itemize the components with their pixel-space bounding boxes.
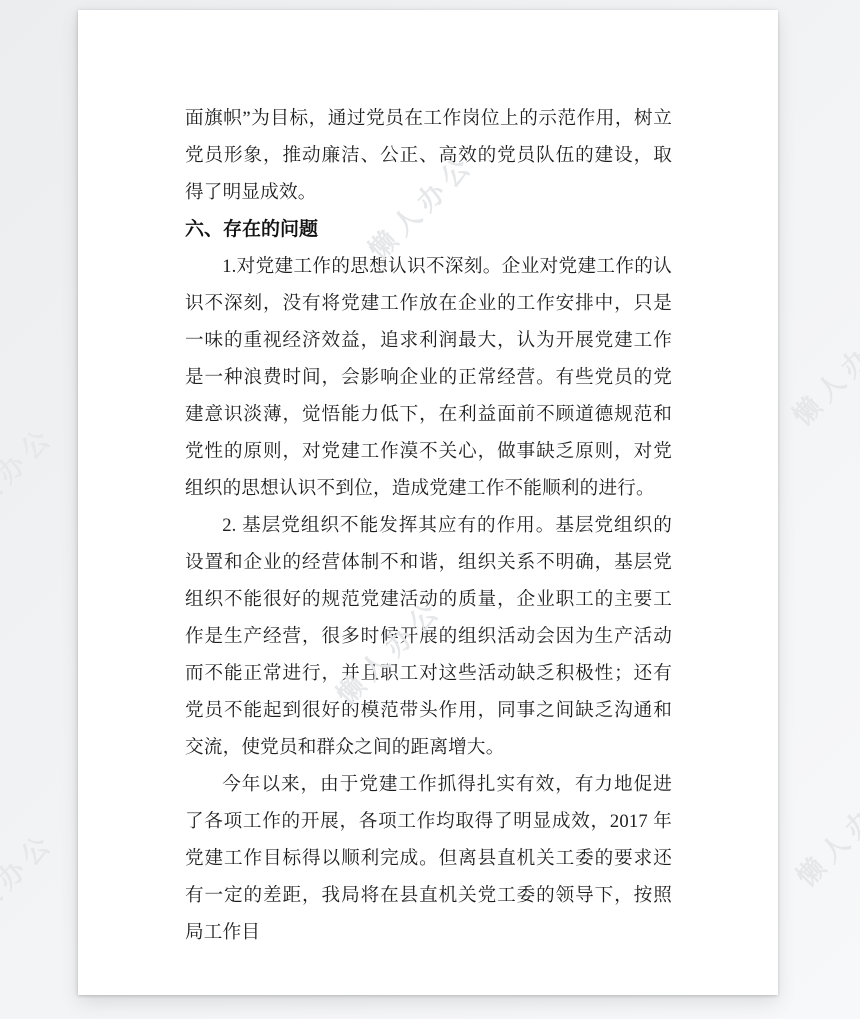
paragraph: 今年以来，由于党建工作抓得扎实有效，有力地促进了各项工作的开展，各项工作均取得了… [185, 766, 672, 951]
document-body: 面旗帜”为目标，通过党员在工作岗位上的示范作用，树立党员形象，推动廉洁、公正、高… [185, 100, 672, 951]
section-heading: 六、存在的问题 [185, 211, 672, 248]
watermark-text: 懒人办公 [782, 309, 860, 433]
watermark-text: 懒人办公 [786, 770, 860, 894]
paragraph: 1.对党建工作的思想认识不深刻。企业对党建工作的认识不深刻，没有将党建工作放在企… [185, 248, 672, 507]
document-page: 面旗帜”为目标，通过党员在工作岗位上的示范作用，树立党员形象，推动廉洁、公正、高… [78, 10, 778, 995]
paragraph: 面旗帜”为目标，通过党员在工作岗位上的示范作用，树立党员形象，推动廉洁、公正、高… [185, 100, 672, 211]
workspace-background: 面旗帜”为目标，通过党员在工作岗位上的示范作用，树立党员形象，推动廉洁、公正、高… [0, 0, 860, 1019]
paragraph: 2. 基层党组织不能发挥其应有的作用。基层党组织的设置和企业的经营体制不和谐，组… [185, 507, 672, 766]
watermark-text: 懒人办公 [0, 821, 62, 945]
watermark-text: 懒人办公 [0, 415, 62, 539]
